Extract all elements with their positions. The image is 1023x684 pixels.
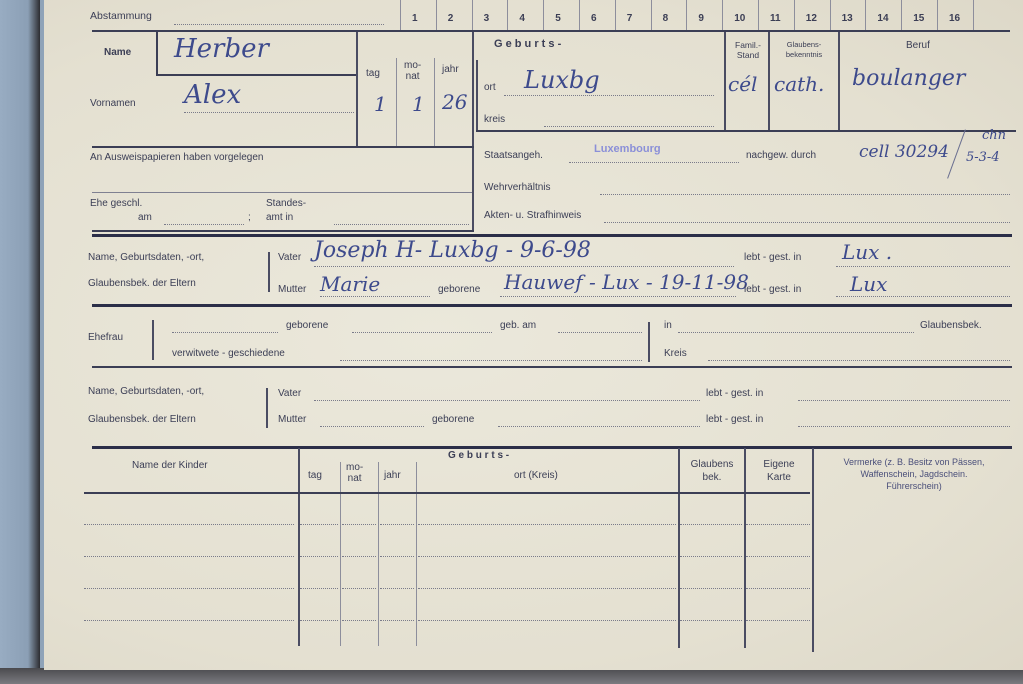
row-line: [680, 588, 742, 589]
nachgew-date[interactable]: 5-3-4: [966, 150, 1000, 165]
background-bottom: [0, 668, 1023, 684]
column-number: 14: [877, 13, 888, 24]
abstammung-label: Abstammung: [90, 10, 152, 22]
geb-am-label: geb. am: [500, 320, 536, 331]
column-divider: [472, 0, 473, 30]
vater-lebt-value[interactable]: Lux .: [842, 240, 892, 264]
row-line: [380, 588, 414, 589]
famil-stand-label: Famil.- Stand: [728, 40, 768, 60]
column-divider: [722, 0, 723, 30]
ehefrau-name-line: [172, 332, 278, 333]
kinder-tag-header: tag: [308, 470, 322, 481]
tag-label: tag: [366, 68, 380, 79]
background-left: [0, 0, 40, 684]
section-rule: [92, 304, 1012, 307]
kinder-glaubens-header: Glaubens bek.: [680, 458, 744, 484]
column-divider: [937, 0, 938, 30]
beruf-label: Beruf: [906, 40, 930, 51]
nachgew-value[interactable]: cell 30294: [859, 142, 949, 162]
spouse-mutter-label: Mutter: [278, 414, 306, 425]
staatsangeh-label: Staatsangeh.: [484, 150, 543, 161]
kreis-label: kreis: [484, 114, 505, 125]
ort-line: [504, 95, 714, 96]
column-divider: [830, 0, 831, 30]
ehefrau-kreis-line: [708, 360, 1010, 361]
divider: [476, 60, 478, 130]
mutter-lebt-label: lebt - gest. in: [744, 284, 801, 295]
row-line: [84, 524, 294, 525]
staatsangeh-stamp: Luxembourg: [594, 143, 661, 155]
divider: [838, 32, 840, 130]
jahr-label: jahr: [442, 64, 459, 75]
row-line: [680, 556, 742, 557]
rule: [92, 146, 474, 148]
column-number: 12: [806, 13, 817, 24]
ort-value[interactable]: Luxbg: [524, 66, 600, 94]
section-rule: [92, 446, 1012, 449]
column-number: 15: [913, 13, 924, 24]
section-rule: [92, 366, 1012, 368]
column-number: 10: [734, 13, 745, 24]
abstammung-line: [174, 24, 384, 25]
ort-label: ort: [484, 82, 496, 93]
divider: [396, 58, 397, 146]
row-line: [84, 588, 294, 589]
vornamen-value[interactable]: Alex: [184, 80, 241, 110]
glaubens-label: Glaubens- bekenntnis: [772, 40, 836, 60]
row-line: [300, 620, 338, 621]
brace: [648, 322, 650, 362]
ausweis-label: An Ausweispapieren haben vorgelegen: [90, 152, 263, 163]
column-divider: [615, 0, 616, 30]
spouse-mutter-lebt-line: [798, 426, 1010, 427]
in-line: [678, 332, 914, 333]
spouse-geborene-line: [498, 426, 700, 427]
separator: ;: [248, 212, 251, 223]
section-rule: [92, 234, 1012, 237]
spouse-geborene-label: geborene: [432, 414, 474, 425]
row-line: [380, 620, 414, 621]
vornamen-label: Vornamen: [90, 98, 136, 109]
column-number: 8: [663, 13, 669, 24]
column-divider: [543, 0, 544, 30]
kinder-monat-header: mo- nat: [346, 462, 363, 484]
row-line: [84, 556, 294, 557]
vater-lebt-label: lebt - gest. in: [744, 252, 801, 263]
row-line: [342, 524, 376, 525]
kinder-jahr-header: jahr: [384, 470, 401, 481]
wehr-line: [600, 194, 1010, 195]
vater-value[interactable]: Joseph H- Luxbg - 9-6-98: [314, 238, 591, 263]
row-line: [418, 620, 676, 621]
spouse-mutter-lebt-label: lebt - gest. in: [706, 414, 763, 425]
wehr-label: Wehrverhältnis: [484, 182, 551, 193]
column-divider: [579, 0, 580, 30]
column-divider: [507, 0, 508, 30]
row-line: [342, 588, 376, 589]
am-label: am: [138, 212, 152, 223]
column-divider: [865, 0, 866, 30]
parents-label-1: Name, Geburtsdaten, -ort,: [88, 252, 204, 263]
jahr-value[interactable]: 26: [442, 90, 467, 114]
divider: [768, 32, 770, 130]
row-line: [680, 524, 742, 525]
divider: [298, 448, 300, 646]
slash-mark: [947, 129, 966, 178]
row-line: [300, 524, 338, 525]
divider: [356, 32, 358, 146]
am-line: [164, 224, 244, 225]
divider: [434, 58, 435, 146]
akten-line: [604, 222, 1010, 223]
spouse-vater-lebt-label: lebt - gest. in: [706, 388, 763, 399]
spouse-vater-lebt-line: [798, 400, 1010, 401]
row-line: [84, 620, 294, 621]
column-number: 13: [842, 13, 853, 24]
standesamt-label-2: amt in: [266, 212, 293, 223]
divider: [472, 32, 474, 232]
column-number: 3: [484, 13, 490, 24]
row-line: [342, 620, 376, 621]
nachgew-initials: chn: [982, 128, 1006, 143]
column-divider: [400, 0, 401, 30]
ehefrau-kreis-label: Kreis: [664, 348, 687, 359]
verwitwete-label: verwitwete - geschiedene: [172, 348, 285, 359]
kinder-ort-header: ort (Kreis): [514, 470, 558, 481]
registration-card: Abstammung 12345678910111213141516 Name …: [44, 0, 1023, 670]
column-divider: [794, 0, 795, 30]
verwitwete-line: [340, 360, 642, 361]
geburts-header: G e b u r t s -: [494, 38, 561, 50]
row-line: [418, 588, 676, 589]
column-divider: [686, 0, 687, 30]
column-number: 5: [555, 13, 561, 24]
mutter-geborene-line: [500, 296, 736, 297]
vermerke-header: Vermerke (z. B. Besitz von Pässen, Waffe…: [814, 456, 1014, 492]
table-header-rule: [84, 492, 810, 494]
row-line: [746, 620, 810, 621]
mutter-line: [320, 296, 430, 297]
column-divider: [901, 0, 902, 30]
column-number: 9: [698, 13, 704, 24]
column-number: 4: [519, 13, 525, 24]
column-divider: [973, 0, 974, 30]
column-number: 16: [949, 13, 960, 24]
row-line: [380, 556, 414, 557]
mutter-value[interactable]: Marie: [320, 272, 380, 296]
row-line: [746, 556, 810, 557]
spouse-vater-label: Vater: [278, 388, 301, 399]
geb-am-line: [558, 332, 642, 333]
vater-lebt-line: [836, 266, 1010, 267]
kinder-name-header: Name der Kinder: [132, 460, 208, 471]
mutter-label: Mutter: [278, 284, 306, 295]
tag-value[interactable]: 1: [374, 92, 387, 116]
spouse-parents-label-1: Name, Geburtsdaten, -ort,: [88, 386, 204, 397]
spouse-mutter-line: [320, 426, 424, 427]
mutter-lebt-value[interactable]: Lux: [850, 272, 887, 296]
column-number: 1: [412, 13, 418, 24]
divider: [340, 462, 341, 646]
glaubensbek-label: Glaubensbek.: [920, 320, 982, 331]
in-label: in: [664, 320, 672, 331]
vater-label: Vater: [278, 252, 301, 263]
rule: [92, 192, 472, 193]
ehefrau-geborene-label: geborene: [286, 320, 328, 331]
row-line: [342, 556, 376, 557]
row-line: [746, 588, 810, 589]
ehefrau-geborene-line: [352, 332, 492, 333]
row-line: [300, 588, 338, 589]
vornamen-line: [184, 112, 354, 113]
row-line: [300, 556, 338, 557]
divider: [378, 462, 379, 646]
column-divider: [651, 0, 652, 30]
column-number: 11: [770, 13, 781, 24]
name-value[interactable]: Herber: [174, 34, 269, 64]
row-line: [418, 556, 676, 557]
kinder-geburts-header: G e b u r t s -: [448, 450, 509, 461]
brace: [266, 388, 268, 428]
column-divider: [758, 0, 759, 30]
vater-line: [314, 266, 734, 267]
column-divider: [436, 0, 437, 30]
famil-stand-value[interactable]: cél: [728, 72, 757, 96]
divider: [724, 32, 726, 130]
parents-label-2: Glaubensbek. der Eltern: [88, 278, 196, 289]
name-label: Name: [104, 47, 131, 58]
brace: [268, 252, 270, 292]
ehe-label: Ehe geschl.: [90, 198, 142, 209]
divider: [416, 462, 417, 646]
spouse-vater-line: [314, 400, 700, 401]
mutter-lebt-line: [836, 296, 1010, 297]
spouse-parents-label-2: Glaubensbek. der Eltern: [88, 414, 196, 425]
akten-label: Akten- u. Strafhinweis: [484, 210, 581, 221]
rule: [92, 230, 474, 232]
row-line: [680, 620, 742, 621]
staatsangeh-line: [569, 162, 739, 163]
column-number: 2: [448, 13, 454, 24]
column-number: 7: [627, 13, 633, 24]
glaubens-value[interactable]: cath.: [774, 72, 824, 96]
nachgew-label: nachgew. durch: [746, 150, 816, 161]
kreis-line: [544, 126, 714, 127]
monat-value[interactable]: 1: [412, 92, 425, 116]
rule: [476, 130, 1016, 132]
mutter-geborene-label: geborene: [438, 284, 480, 295]
column-number: 6: [591, 13, 597, 24]
standesamt-label-1: Standes-: [266, 198, 306, 209]
ehefrau-label: Ehefrau: [88, 332, 123, 343]
kinder-karte-header: Eigene Karte: [746, 458, 812, 484]
brace: [152, 320, 154, 360]
standesamt-line: [334, 224, 469, 225]
row-line: [418, 524, 676, 525]
mutter-geborene-value[interactable]: Hauwef - Lux - 19-11-98: [504, 270, 749, 294]
row-line: [380, 524, 414, 525]
row-line: [746, 524, 810, 525]
monat-label: mo- nat: [404, 60, 421, 82]
beruf-value[interactable]: boulanger: [852, 66, 965, 91]
